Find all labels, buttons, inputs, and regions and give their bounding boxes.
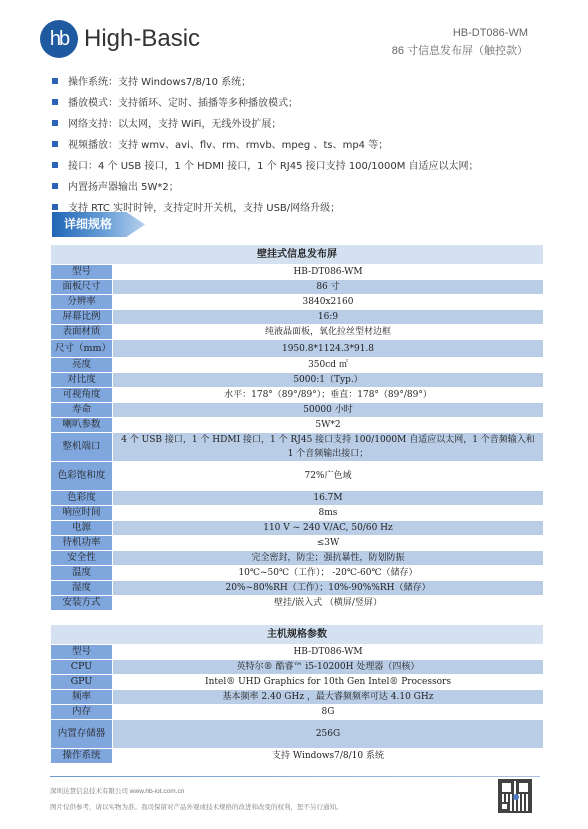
square-bullet-icon — [52, 78, 58, 84]
feature-item: 操作系统：支持 Windows7/8/10 系统； — [52, 70, 532, 91]
footer-divider — [50, 776, 540, 777]
feature-item: 内置扬声器输出 5W*2； — [52, 175, 532, 196]
row-label: 操作系统 — [51, 749, 113, 764]
display-spec-table: 壁挂式信息发布屏 型号HB-DT086-WM 面板尺寸86 寸 分辨率3840x… — [50, 244, 544, 611]
row-value: 支持 Windows7/8/10 系统 — [113, 749, 544, 764]
company-info: 深圳达慧信息技术有限公司 www.hb-iot.com.cn — [50, 784, 343, 800]
row-label: 温度 — [51, 566, 113, 581]
row-label: 可视角度 — [51, 388, 113, 403]
row-label: 表面材质 — [51, 325, 113, 340]
row-value: HB-DT086-WM — [113, 265, 544, 280]
feature-item: 播放模式：支持循环、定时、插播等多种播放模式； — [52, 91, 532, 112]
square-bullet-icon — [52, 141, 58, 147]
footer: 深圳达慧信息技术有限公司 www.hb-iot.com.cn 图片仅供参考，请以… — [50, 784, 343, 816]
square-bullet-icon — [52, 183, 58, 189]
feature-item: 网络支持：以太网，支持 WiFi，无线外设扩展； — [52, 112, 532, 133]
row-value: 256G — [113, 720, 544, 749]
product-model: HB-DT086-WM — [392, 24, 528, 42]
row-value: 16:9 — [113, 310, 544, 325]
table-title: 主机规格参数 — [51, 625, 544, 645]
row-value: 86 寸 — [113, 280, 544, 295]
row-value: 壁挂/嵌入式 （横屏/竖屏） — [113, 596, 544, 611]
row-value: 8G — [113, 705, 544, 720]
row-label: 湿度 — [51, 581, 113, 596]
row-label: 频率 — [51, 690, 113, 705]
square-bullet-icon — [52, 99, 58, 105]
row-value: Intel® UHD Graphics for 10th Gen Intel® … — [113, 675, 544, 690]
row-label: 电源 — [51, 521, 113, 536]
row-label: 亮度 — [51, 358, 113, 373]
row-label: 安装方式 — [51, 596, 113, 611]
row-value: 5W*2 — [113, 418, 544, 433]
brand-name: High-Basic — [84, 25, 200, 53]
host-spec-table: 主机规格参数 型号HB-DT086-WM CPU英特尔® 酷睿™ i5-1020… — [50, 624, 544, 764]
product-name: 86 寸信息发布屏（触控款） — [392, 42, 528, 60]
row-value: 8ms — [113, 506, 544, 521]
row-label: 内置存储器 — [51, 720, 113, 749]
row-value: 4 个 USB 接口，1 个 HDMI 接口，1 个 RJ45 接口支持 100… — [113, 433, 544, 462]
row-value: 72%广色域 — [113, 462, 544, 491]
product-header: HB-DT086-WM 86 寸信息发布屏（触控款） — [392, 24, 528, 60]
row-label: 喇叭参数 — [51, 418, 113, 433]
row-label: 分辨率 — [51, 295, 113, 310]
row-label: 面板尺寸 — [51, 280, 113, 295]
square-bullet-icon — [52, 204, 58, 210]
row-value: 3840x2160 — [113, 295, 544, 310]
row-label: 对比度 — [51, 373, 113, 388]
row-label: 内存 — [51, 705, 113, 720]
row-value: 英特尔® 酷睿™ i5-10200H 处理器（四核） — [113, 660, 544, 675]
row-value: 纯液晶面板，氧化拉丝型材边框 — [113, 325, 544, 340]
qr-code-icon — [498, 779, 532, 813]
feature-list: 操作系统：支持 Windows7/8/10 系统； 播放模式：支持循环、定时、插… — [52, 70, 532, 217]
row-label: CPU — [51, 660, 113, 675]
section-heading-specs: 详细规格 — [52, 212, 145, 237]
table-title: 壁挂式信息发布屏 — [51, 245, 544, 265]
row-value: 10℃~50℃（工作）； -20℃-60℃（储存） — [113, 566, 544, 581]
row-label: 型号 — [51, 265, 113, 280]
row-label: 整机端口 — [51, 433, 113, 462]
row-value: 110 V ~ 240 V/AC, 50/60 Hz — [113, 521, 544, 536]
row-label: 寿命 — [51, 403, 113, 418]
row-label: 色彩饱和度 — [51, 462, 113, 491]
row-value: 1950.8*1124.3*91.8 — [113, 340, 544, 358]
row-value: 350cd ㎡ — [113, 358, 544, 373]
row-label: 型号 — [51, 645, 113, 660]
row-value: 5000:1（Typ.） — [113, 373, 544, 388]
row-value: 完全密封，防尘；强抗暴性，防划防振 — [113, 551, 544, 566]
feature-item: 视频播放：支持 wmv、avi、flv、rm、rmvb、mpeg 、ts、mp4… — [52, 133, 532, 154]
hb-logo-icon: hb — [40, 20, 78, 58]
disclaimer: 图片仅供参考，请以实物为准。我司保留对产品外观或技术规格的改进和改变的权利，恕不… — [50, 800, 343, 816]
row-label: 响应时间 — [51, 506, 113, 521]
row-label: 屏幕比例 — [51, 310, 113, 325]
row-value: 水平：178°（89°/89°）；垂直：178°（89°/89°） — [113, 388, 544, 403]
row-value: 20%~80%RH（工作）；10%-90%%RH（储存） — [113, 581, 544, 596]
brand-logo: hb High-Basic — [40, 20, 200, 58]
row-value: ≤3W — [113, 536, 544, 551]
row-label: 安全性 — [51, 551, 113, 566]
row-label: 尺寸（mm） — [51, 340, 113, 358]
row-label: 色彩度 — [51, 491, 113, 506]
row-value: 16.7M — [113, 491, 544, 506]
square-bullet-icon — [52, 162, 58, 168]
row-label: 待机功率 — [51, 536, 113, 551]
row-value: 50000 小时 — [113, 403, 544, 418]
square-bullet-icon — [52, 120, 58, 126]
row-value: HB-DT086-WM — [113, 645, 544, 660]
row-value: 基本频率 2.40 GHz ，最大睿频频率可达 4.10 GHz — [113, 690, 544, 705]
row-label: GPU — [51, 675, 113, 690]
feature-item: 接口：4 个 USB 接口，1 个 HDMI 接口，1 个 RJ45 接口支持 … — [52, 154, 532, 175]
